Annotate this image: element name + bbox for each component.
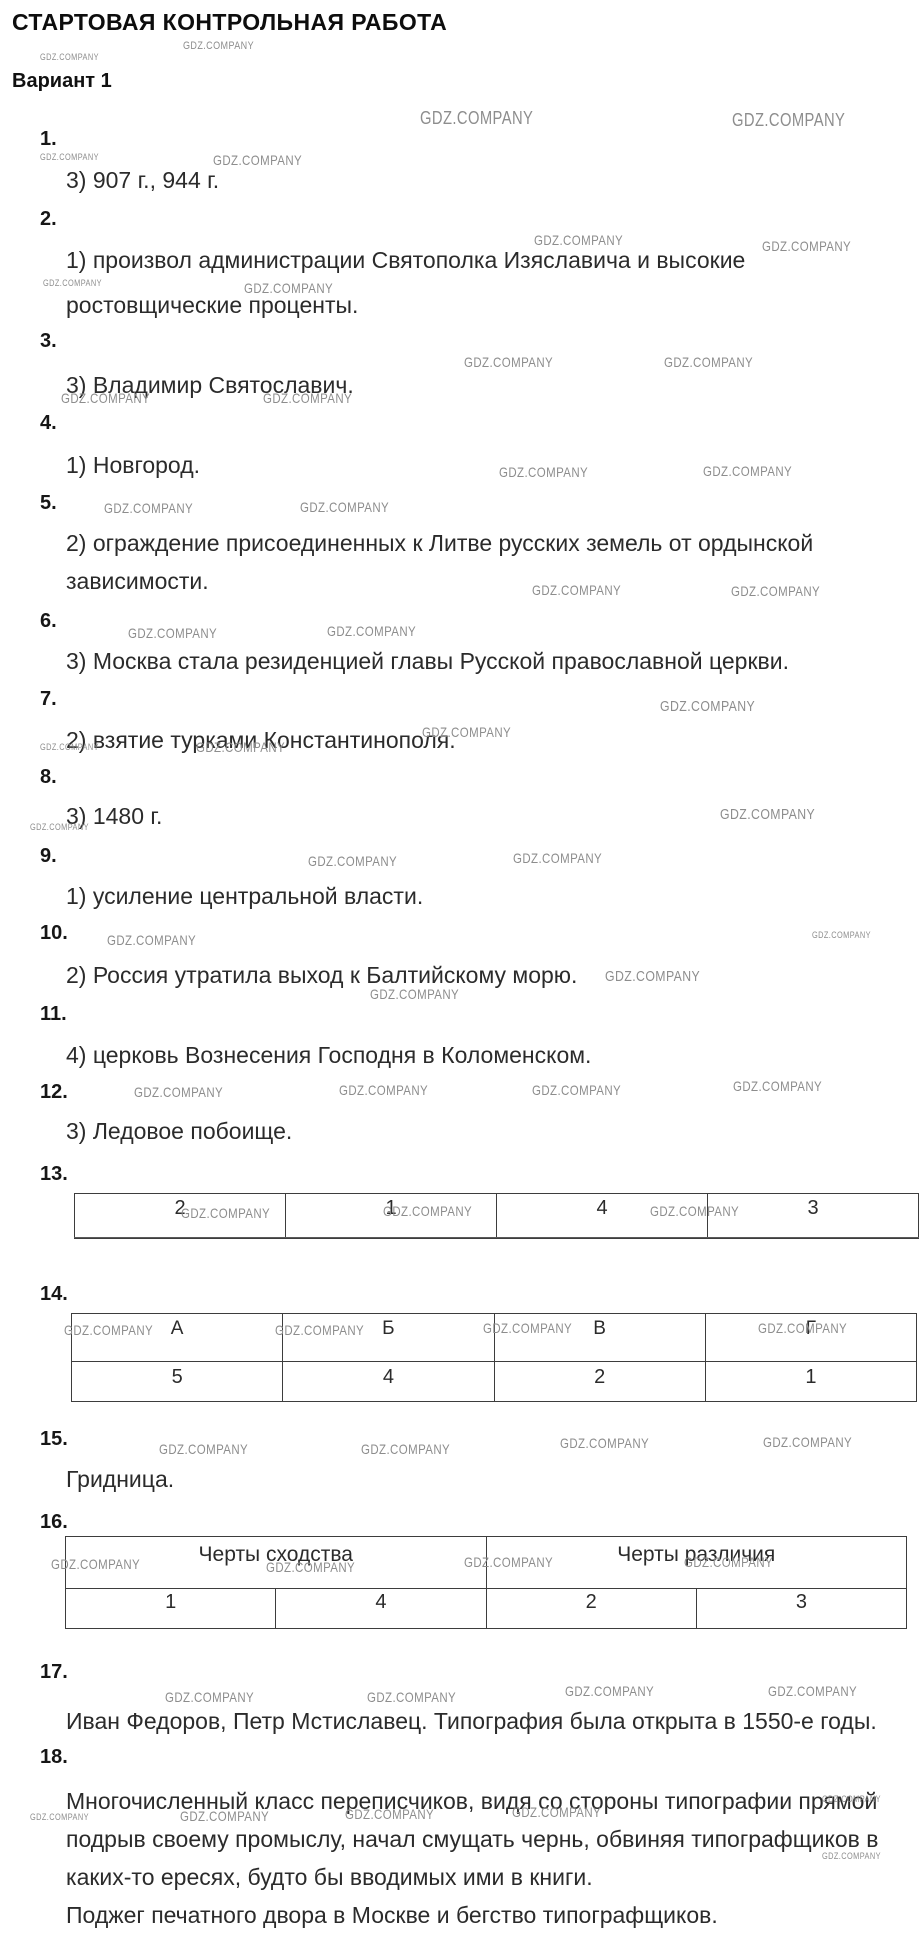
gdz-company-watermark: GDZ.COMPANY [660, 698, 755, 715]
item-number-12: 12. [40, 1081, 68, 1104]
page-title: СТАРТОВАЯ КОНТРОЛЬНАЯ РАБОТА [12, 9, 447, 36]
gdz-company-watermark: GDZ.COMPANY [327, 623, 416, 639]
gdz-company-watermark: GDZ.COMPANY [499, 464, 588, 480]
table-cell: 1 [705, 1362, 916, 1402]
gdz-company-watermark: GDZ.COMPANY [464, 354, 553, 370]
answer-key-page: СТАРТОВАЯ КОНТРОЛЬНАЯ РАБОТА Вариант 1 1… [0, 0, 924, 1936]
item-number-11: 11. [40, 1003, 67, 1026]
table-row: 2 1 4 3 [75, 1194, 919, 1239]
answer-line: 2) взятие турками Константинополя. [66, 727, 456, 754]
gdz-company-watermark: GDZ.COMPANY [183, 40, 254, 52]
item-number-3: 3. [40, 330, 57, 353]
gdz-company-watermark: GDZ.COMPANY [339, 1082, 428, 1098]
answer-line: подрыв своему промыслу, начал смущать че… [66, 1826, 878, 1853]
gdz-company-watermark: GDZ.COMPANY [308, 853, 397, 869]
table-cell: 4 [283, 1362, 494, 1402]
gdz-company-watermark: GDZ.COMPANY [513, 850, 602, 866]
table-row: 5 4 2 1 [72, 1362, 917, 1402]
table-cell: 2 [486, 1589, 696, 1629]
item-number-18: 18. [40, 1746, 68, 1769]
item-number-17: 17. [40, 1661, 68, 1684]
table-cell: 1 [66, 1589, 276, 1629]
item-number-6: 6. [40, 610, 57, 633]
item-number-5: 5. [40, 492, 57, 515]
answer-line: Поджег печатного двора в Москве и бегств… [66, 1902, 718, 1929]
gdz-company-watermark: GDZ.COMPANY [768, 1683, 857, 1699]
task13-answer-table: 2 1 4 3 [74, 1193, 919, 1239]
gdz-company-watermark: GDZ.COMPANY [107, 932, 196, 948]
answer-line: 1) произвол администрации Святополка Изя… [66, 247, 745, 274]
gdz-company-watermark: GDZ.COMPANY [43, 278, 102, 288]
answer-line: 3) Москва стала резиденцией главы Русско… [66, 648, 789, 675]
item-number-2: 2. [40, 208, 57, 231]
table-header-cell: А [72, 1314, 283, 1362]
gdz-company-watermark: GDZ.COMPANY [420, 108, 533, 129]
answer-line: ростовщические проценты. [66, 292, 358, 319]
item-number-4: 4. [40, 412, 57, 435]
table-cell: 1 [286, 1194, 497, 1239]
table-header-cell: Б [283, 1314, 494, 1362]
answer-line: 1) усиление центральной власти. [66, 883, 423, 910]
item-number-13: 13. [40, 1163, 68, 1186]
item-number-7: 7. [40, 688, 57, 711]
table-underline [74, 1237, 919, 1238]
gdz-company-watermark: GDZ.COMPANY [128, 625, 217, 641]
gdz-company-watermark: GDZ.COMPANY [134, 1084, 223, 1100]
gdz-company-watermark: GDZ.COMPANY [361, 1441, 450, 1457]
gdz-company-watermark: GDZ.COMPANY [40, 52, 99, 62]
gdz-company-watermark: GDZ.COMPANY [367, 1689, 456, 1705]
gdz-company-watermark: GDZ.COMPANY [213, 152, 302, 168]
gdz-company-watermark: GDZ.COMPANY [664, 354, 753, 370]
item-number-9: 9. [40, 845, 57, 868]
table-cell: 2 [75, 1194, 286, 1239]
table-cell: 2 [494, 1362, 705, 1402]
table-cell: 3 [696, 1589, 906, 1629]
gdz-company-watermark: GDZ.COMPANY [532, 1082, 621, 1098]
item-number-1: 1. [40, 128, 57, 151]
answer-line: Гридница. [66, 1466, 174, 1493]
gdz-company-watermark: GDZ.COMPANY [159, 1441, 248, 1457]
gdz-company-watermark: GDZ.COMPANY [565, 1683, 654, 1699]
answer-line: зависимости. [66, 568, 209, 595]
gdz-company-watermark: GDZ.COMPANY [605, 968, 700, 985]
gdz-company-watermark: GDZ.COMPANY [763, 1434, 852, 1450]
gdz-company-watermark: GDZ.COMPANY [104, 500, 193, 516]
answer-line: 2) ограждение присоединенных к Литве рус… [66, 530, 813, 557]
table-header-cell: Черты различия [486, 1537, 907, 1589]
answer-line: 2) Россия утратила выход к Балтийскому м… [66, 962, 577, 989]
table-cell: 5 [72, 1362, 283, 1402]
gdz-company-watermark: GDZ.COMPANY [560, 1435, 649, 1451]
table-cell: 3 [708, 1194, 919, 1239]
item-number-8: 8. [40, 766, 57, 789]
answer-line: 3) Ледовое побоище. [66, 1118, 292, 1145]
gdz-company-watermark: GDZ.COMPANY [733, 1078, 822, 1094]
item-number-14: 14. [40, 1283, 68, 1306]
answer-line: Многочисленный класс переписчиков, видя … [66, 1788, 877, 1815]
item-number-10: 10. [40, 922, 68, 945]
item-number-16: 16. [40, 1511, 68, 1534]
gdz-company-watermark: GDZ.COMPANY [732, 110, 845, 131]
gdz-company-watermark: GDZ.COMPANY [731, 583, 820, 599]
table-header-cell: Г [705, 1314, 916, 1362]
gdz-company-watermark: GDZ.COMPANY [534, 232, 623, 248]
gdz-company-watermark: GDZ.COMPANY [812, 930, 871, 940]
gdz-company-watermark: GDZ.COMPANY [300, 499, 389, 515]
answer-line: Иван Федоров, Петр Мстиславец. Типографи… [66, 1708, 877, 1735]
table-header-cell: В [494, 1314, 705, 1362]
gdz-company-watermark: GDZ.COMPANY [165, 1689, 254, 1705]
answer-line: 3) Владимир Святославич. [66, 372, 354, 399]
gdz-company-watermark: GDZ.COMPANY [532, 582, 621, 598]
gdz-company-watermark: GDZ.COMPANY [762, 238, 851, 254]
table-header-row: Черты сходства Черты различия [66, 1537, 907, 1589]
answer-line: 3) 907 г., 944 г. [66, 167, 219, 194]
table-row: 1 4 2 3 [66, 1589, 907, 1629]
answer-line: 1) Новгород. [66, 452, 200, 479]
table-header-row: А Б В Г [72, 1314, 917, 1362]
gdz-company-watermark: GDZ.COMPANY [720, 806, 815, 823]
item-number-15: 15. [40, 1428, 68, 1451]
gdz-company-watermark: GDZ.COMPANY [40, 152, 99, 162]
task16-answer-table: Черты сходства Черты различия 1 4 2 3 [65, 1536, 907, 1629]
table-cell: 4 [497, 1194, 708, 1239]
table-header-cell: Черты сходства [66, 1537, 487, 1589]
variant-label: Вариант 1 [12, 70, 112, 93]
table-cell: 4 [276, 1589, 486, 1629]
answer-line: каких-то ересях, будто бы вводимых ими в… [66, 1864, 593, 1891]
gdz-company-watermark: GDZ.COMPANY [703, 463, 792, 479]
answer-line: 3) 1480 г. [66, 803, 162, 830]
task14-answer-table: А Б В Г 5 4 2 1 [71, 1313, 917, 1402]
answer-line: 4) церковь Вознесения Господня в Коломен… [66, 1042, 591, 1069]
